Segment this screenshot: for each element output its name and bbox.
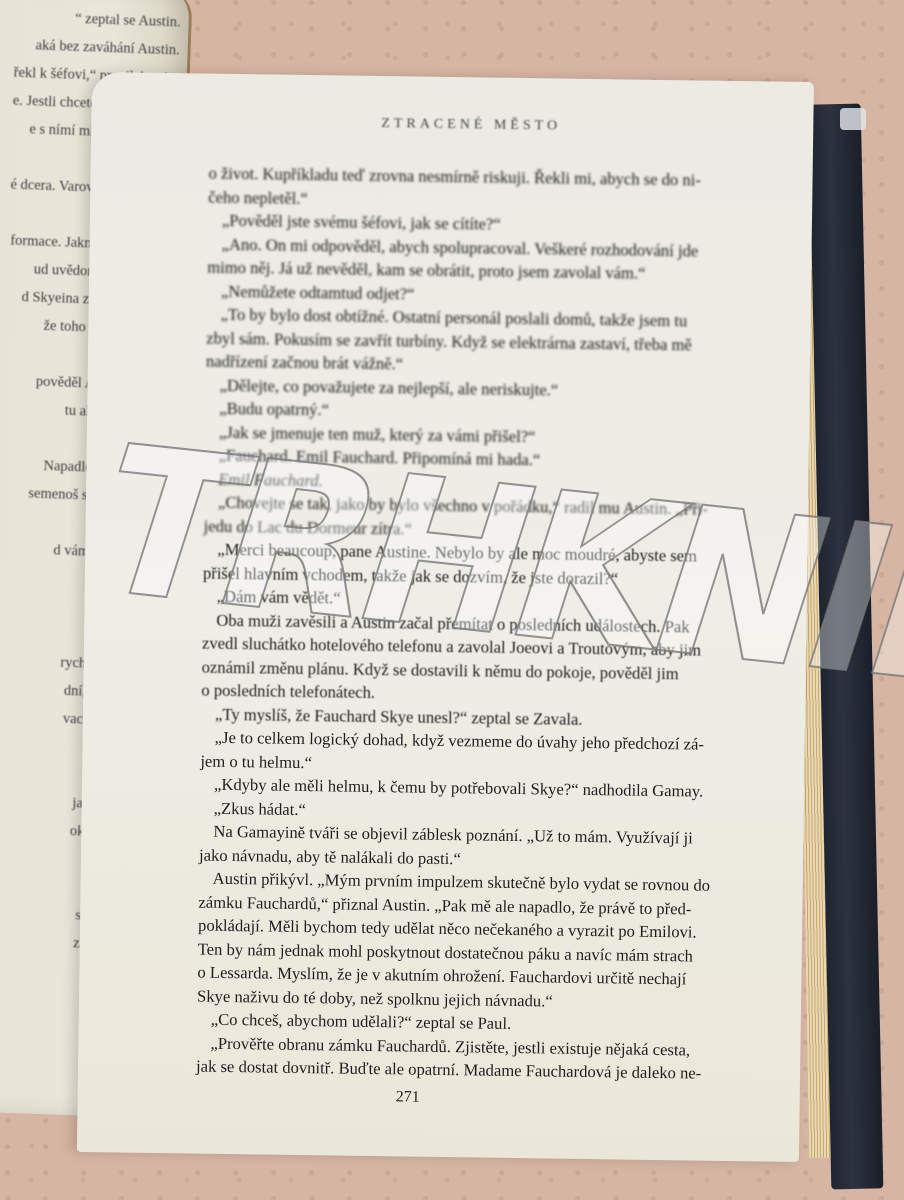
book-photo: “ zeptal se Austin.aká bez zaváhání Aust… xyxy=(0,0,904,1200)
cover-glare xyxy=(840,108,866,130)
right-page: ZTRACENÉ MĚSTO o život. Kupříkladu teď z… xyxy=(77,72,814,1162)
page-body-text: o život. Kupříkladu teď zrovna nesmírně … xyxy=(196,162,754,1086)
page-number: 271 xyxy=(396,1088,420,1106)
running-head: ZTRACENÉ MĚSTO xyxy=(381,116,561,135)
